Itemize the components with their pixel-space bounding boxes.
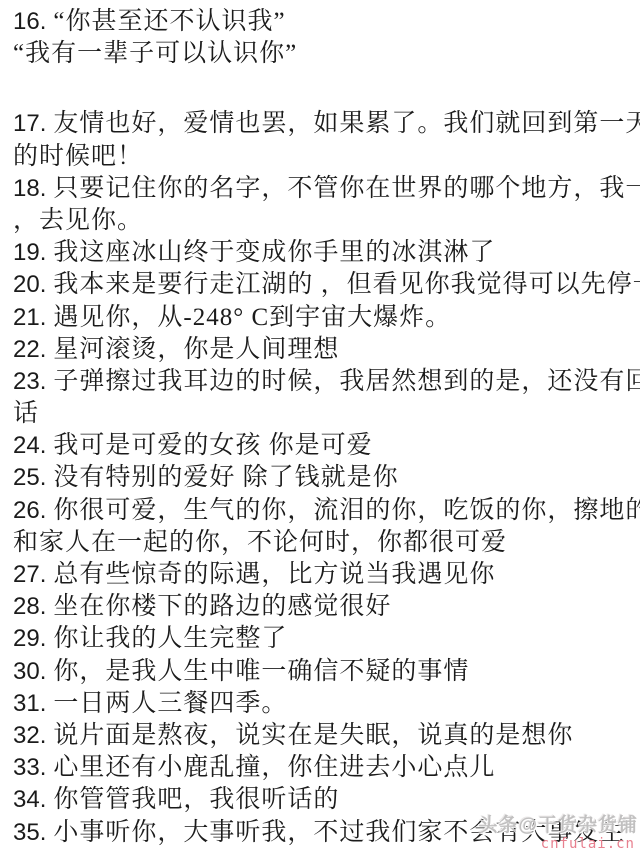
quote-number: 21. bbox=[13, 304, 46, 331]
quote-text: 的时候吧！ bbox=[13, 143, 143, 170]
quote-number: 24. bbox=[13, 432, 46, 459]
quote-number: 32. bbox=[13, 722, 46, 749]
quote-text: 只要记住你的名字，不管你在世界的哪个地方，我一定会 bbox=[53, 175, 640, 202]
quote-number: 19. bbox=[13, 239, 46, 266]
quote-text: 我可是可爱的女孩 你是可爱 bbox=[53, 432, 372, 459]
quote-number: 35. bbox=[13, 819, 46, 846]
blank-gap bbox=[13, 70, 634, 108]
watermark-site-url: cnfulai.cn bbox=[541, 836, 635, 852]
quote-text: 坐在你楼下的路边的感觉很好 bbox=[53, 593, 391, 620]
quote-text: 说片面是熬夜，说实在是失眠，说真的是想你 bbox=[53, 722, 573, 749]
quote-line: 21.遇见你，从-248° C到宇宙大爆炸。 bbox=[13, 302, 634, 334]
quote-number: 26. bbox=[13, 497, 46, 524]
quote-number: 16. bbox=[13, 8, 46, 35]
quotes-document: 16.“你甚至还不认识我”“我有一辈子可以认识你”17.友情也好，爱情也罢，如果… bbox=[0, 0, 640, 849]
quote-line: 24.我可是可爱的女孩 你是可爱 bbox=[13, 430, 634, 462]
quote-number: 33. bbox=[13, 754, 46, 781]
quote-text: 没有特别的爱好 除了钱就是你 bbox=[53, 464, 398, 491]
quote-text: 一日两人三餐四季。 bbox=[53, 690, 287, 717]
quote-text: 子弹擦过我耳边的时候，我居然想到的是，还没有回你电 bbox=[53, 368, 640, 395]
quote-number: 27. bbox=[13, 561, 46, 588]
quote-number: 18. bbox=[13, 175, 46, 202]
quote-text: “你甚至还不认识我” bbox=[53, 8, 285, 35]
quote-line: 30.你，是我人生中唯一确信不疑的事情 bbox=[13, 656, 634, 688]
quote-line: 27.总有些惊奇的际遇，比方说当我遇见你 bbox=[13, 559, 634, 591]
quote-number: 28. bbox=[13, 593, 46, 620]
quote-text: 你管管我吧，我很听话的 bbox=[53, 786, 339, 813]
quote-number: 22. bbox=[13, 336, 46, 363]
quote-text: 你，是我人生中唯一确信不疑的事情 bbox=[53, 658, 469, 685]
quote-number: 17. bbox=[13, 110, 46, 137]
quote-text: 我这座冰山终于变成你手里的冰淇淋了 bbox=[53, 239, 495, 266]
quote-number: 29. bbox=[13, 625, 46, 652]
quote-text: 遇见你，从-248° C到宇宙大爆炸。 bbox=[53, 304, 451, 331]
quote-line: 19.我这座冰山终于变成你手里的冰淇淋了 bbox=[13, 237, 634, 269]
quote-text: 话 bbox=[13, 400, 39, 427]
quote-line: 32.说片面是熬夜，说实在是失眠，说真的是想你 bbox=[13, 720, 634, 752]
quote-text: 我本来是要行走江湖的 ，但看见你我觉得可以先停一停。 bbox=[53, 271, 640, 298]
quote-line: 20.我本来是要行走江湖的 ，但看见你我觉得可以先停一停。 bbox=[13, 269, 634, 301]
quote-text: 你让我的人生完整了 bbox=[53, 625, 287, 652]
watermark-platform-handle: 头条@干货杂货铺 bbox=[478, 810, 638, 837]
quote-line: 33.心里还有小鹿乱撞，你住进去小心点儿 bbox=[13, 752, 634, 784]
quote-number: 31. bbox=[13, 690, 46, 717]
quote-number: 25. bbox=[13, 464, 46, 491]
quote-line: 16.“你甚至还不认识我” bbox=[13, 6, 634, 38]
quote-number: 34. bbox=[13, 786, 46, 813]
quote-line: 26.你很可爱，生气的你，流泪的你，吃饭的你，擦地的你， bbox=[13, 495, 634, 527]
quote-line: “我有一辈子可以认识你” bbox=[13, 38, 634, 70]
quote-text: 心里还有小鹿乱撞，你住进去小心点儿 bbox=[53, 754, 495, 781]
quote-text: 你很可爱，生气的你，流泪的你，吃饭的你，擦地的你， bbox=[53, 497, 640, 524]
quote-line: 23.子弹擦过我耳边的时候，我居然想到的是，还没有回你电 bbox=[13, 366, 634, 398]
quote-number: 20. bbox=[13, 271, 46, 298]
quote-text: 星河滚烫，你是人间理想 bbox=[53, 336, 339, 363]
quote-line: 25.没有特别的爱好 除了钱就是你 bbox=[13, 462, 634, 494]
quote-line: 22.星河滚烫，你是人间理想 bbox=[13, 334, 634, 366]
quote-text: 和家人在一起的你，不论何时，你都很可爱 bbox=[13, 529, 507, 556]
quote-text: “我有一辈子可以认识你” bbox=[13, 40, 297, 67]
quote-line: 18.只要记住你的名字，不管你在世界的哪个地方，我一定会 bbox=[13, 173, 634, 205]
quote-line: 的时候吧！ bbox=[13, 141, 634, 173]
quote-line: 和家人在一起的你，不论何时，你都很可爱 bbox=[13, 527, 634, 559]
quote-line: 28.坐在你楼下的路边的感觉很好 bbox=[13, 591, 634, 623]
quote-line: 31.一日两人三餐四季。 bbox=[13, 688, 634, 720]
quote-line: ，去见你。 bbox=[13, 205, 634, 237]
quote-text: 总有些惊奇的际遇，比方说当我遇见你 bbox=[53, 561, 495, 588]
quote-number: 30. bbox=[13, 658, 46, 685]
quote-text: ，去见你。 bbox=[13, 207, 143, 234]
quote-text: 友情也好，爱情也罢，如果累了。我们就回到第一天见面 bbox=[53, 110, 640, 137]
quote-line: 29.你让我的人生完整了 bbox=[13, 623, 634, 655]
quote-number: 23. bbox=[13, 368, 46, 395]
quote-line: 话 bbox=[13, 398, 634, 430]
quote-line: 17.友情也好，爱情也罢，如果累了。我们就回到第一天见面 bbox=[13, 108, 634, 140]
